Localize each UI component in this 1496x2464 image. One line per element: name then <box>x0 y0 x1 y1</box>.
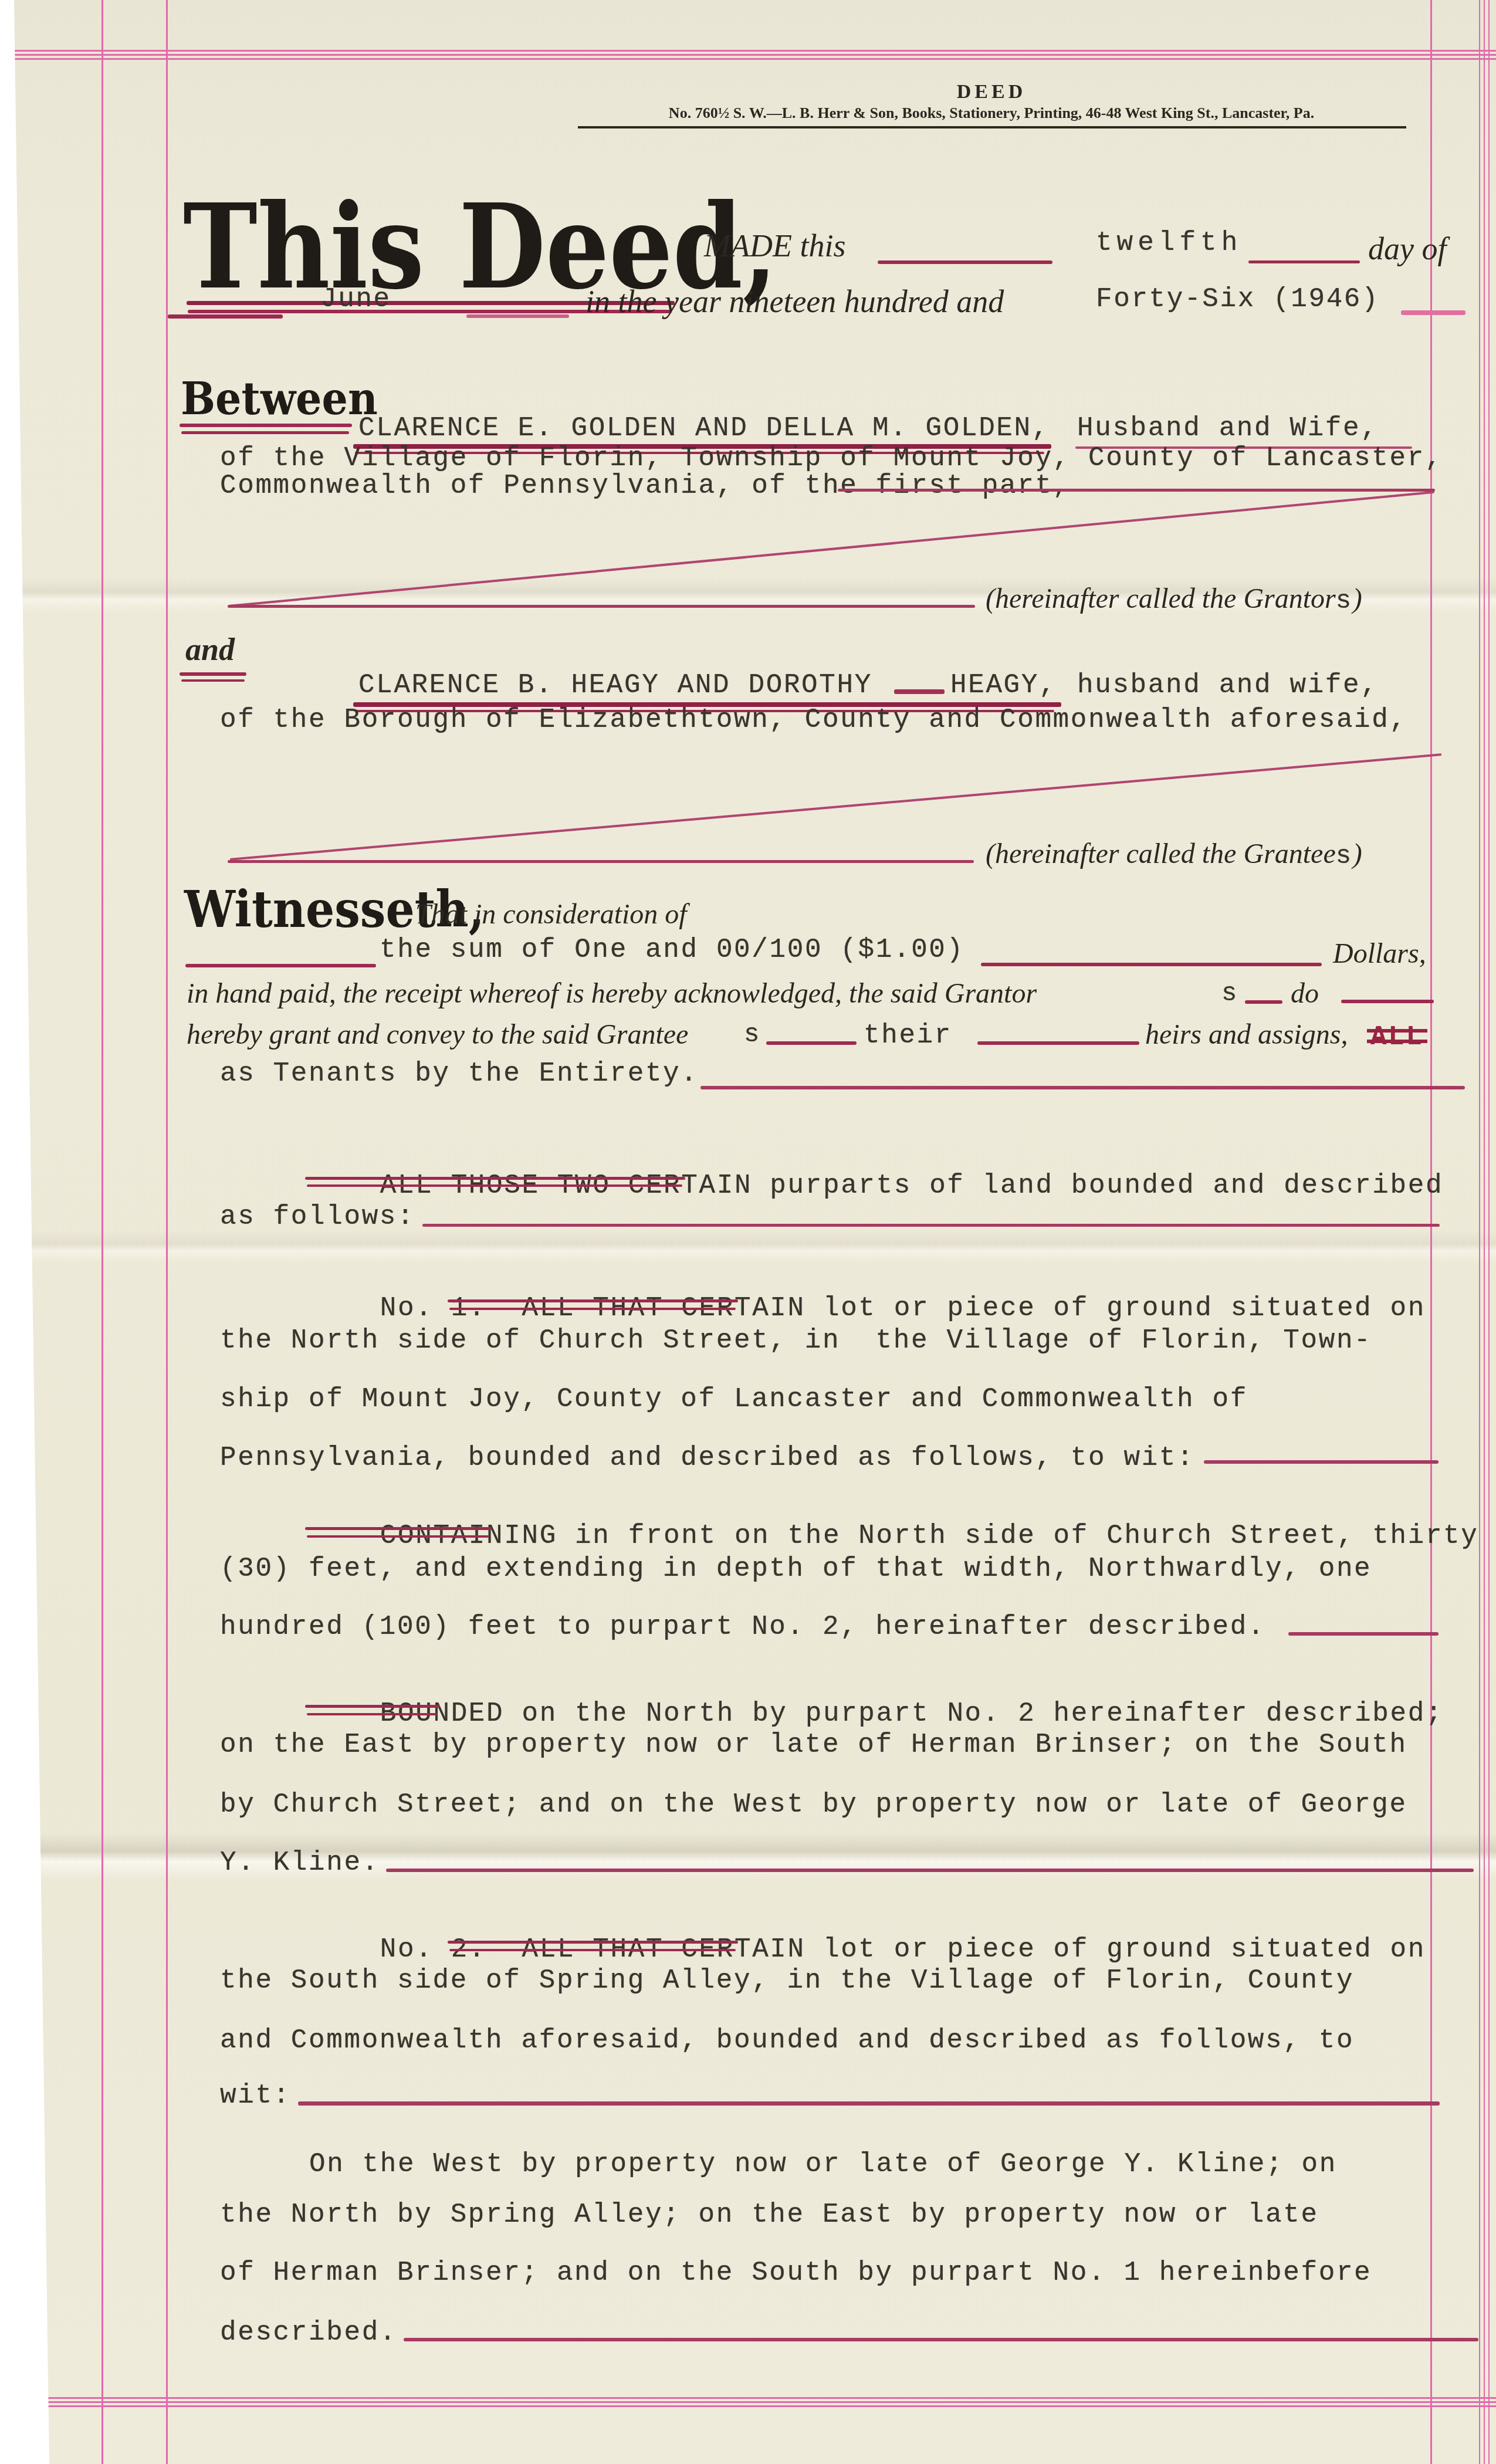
grantors-tag-line <box>228 605 975 608</box>
after-day-line <box>1248 260 1360 263</box>
sum-left-line <box>185 964 376 967</box>
grantees-blank-dash <box>894 689 945 694</box>
p3-keyword-underline-1 <box>305 1527 492 1530</box>
p4-keyword-underline-1 <box>305 1705 440 1708</box>
first-part-trailing-line <box>838 489 1435 492</box>
year-value: Forty-Six (1946) <box>1096 286 1379 313</box>
entirety-trailing-line <box>700 1086 1465 1089</box>
grantees-names2: HEAGY, <box>950 672 1057 699</box>
made-this-label: MADE this <box>704 230 845 262</box>
paragraph-6-line-1: On the West by property now or late of G… <box>309 2151 1337 2178</box>
consideration-their: their <box>864 1022 952 1049</box>
grantors-names: CLARENCE E. GOLDEN AND DELLA M. GOLDEN, <box>358 415 1050 442</box>
grantees-desc: husband and wife, <box>1077 672 1378 699</box>
consideration-heirs: heirs and assigns, <box>1145 1021 1348 1049</box>
grantees-tag-line <box>228 860 974 863</box>
right-margin-rule-outer-2 <box>1484 0 1485 2464</box>
grantors-line2: of the Village of Florin, Township of Mo… <box>220 445 1443 472</box>
between-label: Between <box>181 377 378 421</box>
consideration-line1-s: s <box>1221 981 1238 1007</box>
wit-trailing-line <box>298 2101 1440 2106</box>
paragraph-6-line-3: of Herman Brinser; and on the South by p… <box>220 2259 1372 2286</box>
consideration-line2: hereby grant and convey to the said Gran… <box>187 1021 688 1049</box>
left-margin-rule-outer <box>101 0 103 2464</box>
paragraph-2-line-4: Pennsylvania, bounded and described as f… <box>220 1444 1194 1471</box>
as-follows-trailing-line <box>422 1224 1440 1227</box>
grantees-names: CLARENCE B. HEAGY AND DOROTHY <box>358 672 872 699</box>
p5-keyword-underline-1 <box>448 1941 738 1944</box>
p2-keyword-underline-1 <box>448 1299 738 1302</box>
grantees-line2: of the Borough of Elizabethtown, County … <box>220 706 1407 733</box>
p2-rest: lot or piece of ground situated on <box>805 1293 1426 1324</box>
right-margin-rule-outer-3 <box>1488 0 1490 2464</box>
consideration-line1: in hand paid, the receipt whereof is her… <box>187 980 1037 1008</box>
paragraph-5-line-3: and Commonwealth aforesaid, bounded and … <box>220 2027 1354 2054</box>
paragraph-5-line-2: the South side of Spring Alley, in the V… <box>220 1967 1354 1994</box>
grantees-tag: (hereinafter called the Grantees) <box>986 840 1362 869</box>
to-wit-trailing-line-1 <box>1204 1460 1439 1464</box>
that-in-consideration: That in consideration of <box>415 901 687 929</box>
paragraph-1-line-2: as follows: <box>220 1203 415 1230</box>
day-of-label: day of <box>1368 233 1446 265</box>
consideration-line1-do: do <box>1291 980 1319 1008</box>
paragraph-2-line-2: the North side of Church Street, in the … <box>220 1327 1372 1354</box>
left-margin-rule-inner <box>166 0 168 2464</box>
described-trailing-line-1 <box>1288 1632 1439 1636</box>
consideration-line2-s: s <box>744 1022 761 1048</box>
paragraph-4-line-2: on the East by property now or late of H… <box>220 1731 1407 1758</box>
year-phrase-label: in the year nineteen hundred and <box>585 286 1004 317</box>
p1-keyword-underline-1 <box>305 1177 685 1180</box>
dollars-label: Dollars, <box>1333 940 1426 968</box>
month-right-line <box>466 314 569 318</box>
grantors-tag-close: ) <box>1353 583 1362 614</box>
consideration-all-struck: ALL <box>1370 1022 1424 1052</box>
p3-rest: in front on the North side of Church Str… <box>557 1521 1479 1551</box>
line1-dash <box>1245 1000 1282 1004</box>
p1-keyword-underline-2 <box>307 1184 682 1187</box>
scanned-deed-page: DEED No. 760½ S. W.—L. B. Herr & Son, Bo… <box>0 0 1496 2464</box>
between-underline-1 <box>180 424 352 427</box>
grantors-tag-printed: (hereinafter called the Grantor <box>986 583 1336 614</box>
sum-value: the sum of One and 00/100 ($1.00) <box>380 936 964 963</box>
paragraph-3-line-2: (30) feet, and extending in depth of tha… <box>220 1555 1372 1582</box>
p4-keyword-underline-2 <box>307 1713 437 1715</box>
and-underline-1 <box>180 672 246 676</box>
p5-rest: lot or piece of ground situated on <box>805 1934 1426 1965</box>
right-margin-rule-outer-1 <box>1479 0 1480 2464</box>
grantors-tag-s: s <box>1336 587 1353 616</box>
line2-gap2 <box>977 1041 1139 1045</box>
after-year-line <box>1401 310 1465 315</box>
day-blank-line <box>878 260 1052 264</box>
printer-imprint-line: No. 760½ S. W.—L. B. Herr & Son, Books, … <box>575 106 1408 121</box>
p4-rest: on the North by purpart No. 2 hereinafte… <box>504 1698 1443 1729</box>
printer-imprint-underline <box>578 126 1406 128</box>
p1-rest: purparts of land bounded and described <box>752 1170 1443 1201</box>
tenants-entirety-line: as Tenants by the Entirety. <box>220 1060 699 1087</box>
and-label: and <box>185 634 235 665</box>
right-margin-rule-inner <box>1430 0 1432 2464</box>
month-left-line <box>168 314 283 319</box>
paragraph-6-line-2: the North by Spring Alley; on the East b… <box>220 2201 1319 2228</box>
described2-trailing-line <box>404 2338 1478 2341</box>
p3-keyword-underline-2 <box>307 1535 489 1538</box>
grantees-tag-close: ) <box>1353 838 1362 869</box>
day-value: twelfth <box>1096 229 1242 256</box>
paragraph-4-line-3: by Church Street; and on the West by pro… <box>220 1791 1407 1818</box>
kline-trailing-line <box>386 1869 1474 1872</box>
grantees-tag-s: s <box>1336 842 1353 871</box>
paragraph-3-line-3: hundred (100) feet to purpart No. 2, her… <box>220 1613 1265 1640</box>
grantors-desc: Husband and Wife, <box>1077 415 1378 442</box>
line1-trailing <box>1341 1000 1434 1003</box>
top-border-band <box>0 50 1496 60</box>
p2-keyword-underline-2 <box>449 1308 736 1310</box>
grantors-tag: (hereinafter called the Grantors) <box>986 585 1362 614</box>
and-underline-2 <box>181 679 245 682</box>
grantees-tag-printed: (hereinafter called the Grantee <box>986 838 1336 869</box>
sum-right-line <box>981 963 1322 966</box>
p5-keyword-underline-2 <box>449 1949 736 1951</box>
bottom-border-band <box>0 2397 1496 2407</box>
deed-header-label: DEED <box>915 82 1068 102</box>
paragraph-4-line-4: Y. Kline. <box>220 1849 380 1876</box>
paragraph-6-line-4: described. <box>220 2319 397 2346</box>
paragraph-5-line-4: wit: <box>220 2082 291 2109</box>
month-value: June <box>320 286 391 313</box>
between-underline-2 <box>181 431 349 434</box>
line2-gap1 <box>766 1041 857 1045</box>
grantors-line3: Commonwealth of Pennsylvania, of the fir… <box>220 472 1071 499</box>
paragraph-2-line-3: ship of Mount Joy, County of Lancaster a… <box>220 1386 1248 1413</box>
